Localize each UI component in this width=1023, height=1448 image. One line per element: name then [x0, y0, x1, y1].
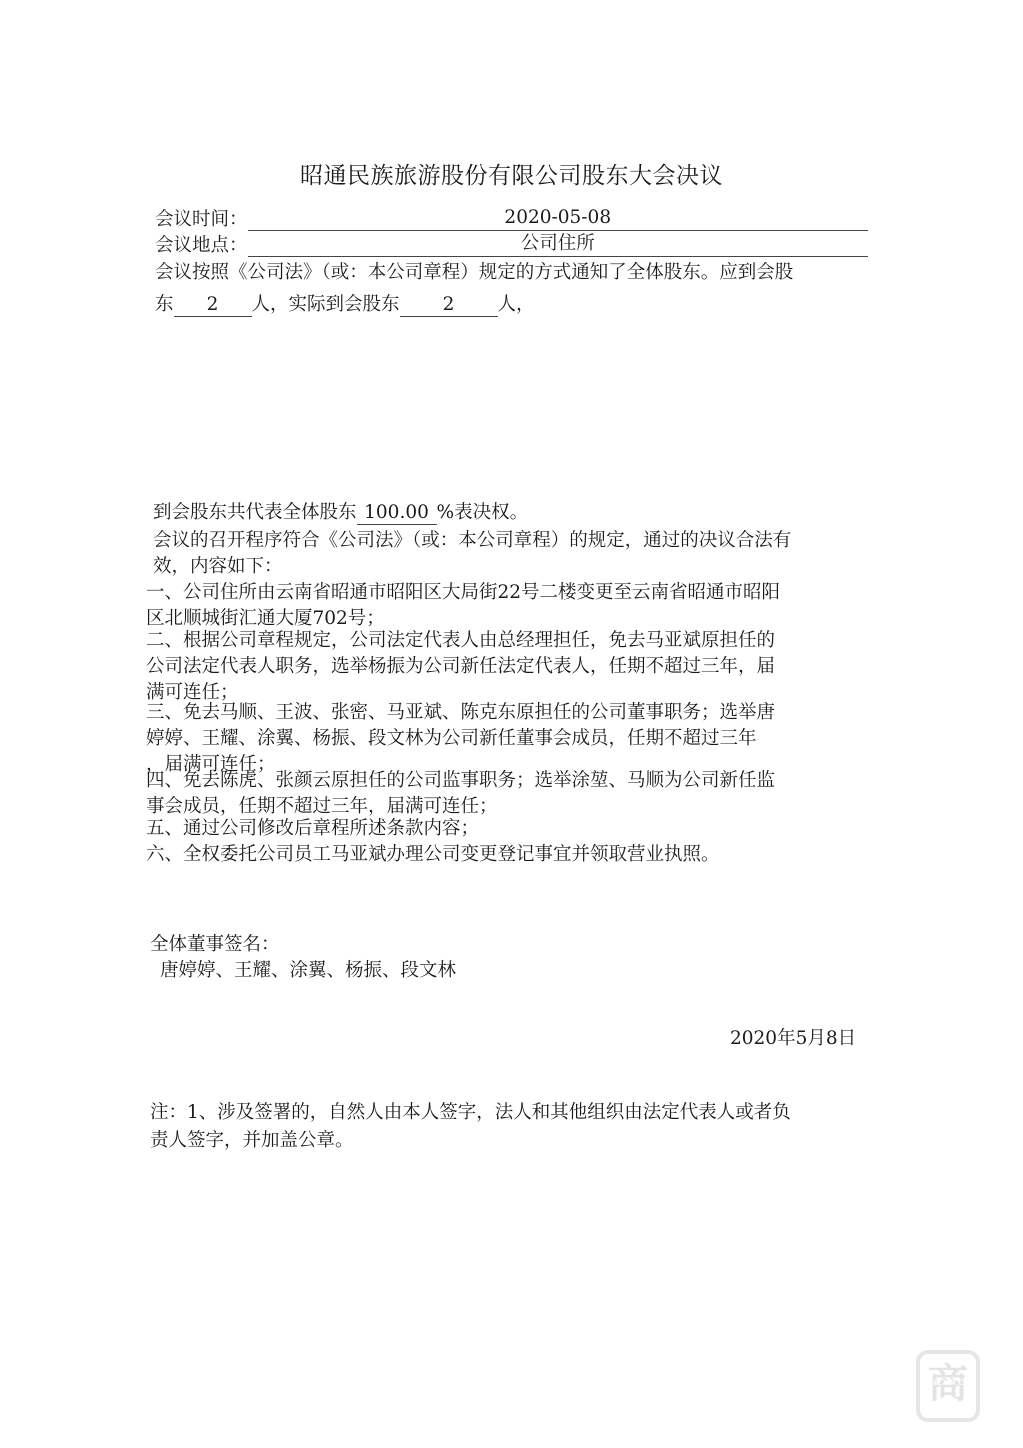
expected-shareholders: 2	[174, 294, 252, 317]
meeting-time-label: 会议时间：	[155, 207, 248, 233]
voting-suffix: %表决权。	[437, 502, 529, 523]
resolution-5: 五、通过公司修改后章程所述条款内容；	[146, 816, 479, 842]
resolution-line: 六、全权委托公司员工马亚斌办理公司变更登记事宜并领取营业执照。	[146, 842, 720, 868]
resolution-4: 四、免去陈虎、张颜云原担任的公司监事职务；选举涂堃、马顺为公司新任监 事会成员，…	[146, 768, 775, 820]
resolution-2: 二、根据公司章程规定，公司法定代表人由总经理担任，免去马亚斌原担任的 公司法定代…	[146, 628, 775, 706]
meeting-time-row: 会议时间： 2020-05-08	[155, 206, 868, 233]
watermark-text: YN21ST.CN	[920, 1378, 976, 1387]
meeting-time-value: 2020-05-08	[248, 206, 868, 231]
resolution-line: 三、免去马顺、王波、张密、马亚斌、陈克东原担任的公司董事职务；选举唐	[146, 700, 775, 726]
resolution-line: 公司法定代表人职务，选举杨振为公司新任法定代表人，任期不超过三年，届	[146, 654, 775, 680]
document-date: 2020年5月8日	[730, 1026, 856, 1052]
legality-line-1: 会议的召开程序符合《公司法》（或：本公司章程）的规定，通过的决议合法有	[153, 528, 791, 554]
meeting-place-row: 会议地点： 公司住所	[155, 232, 868, 259]
document-title: 昭通民族旅游股份有限公司股东大会决议	[0, 160, 1023, 192]
notice-mid: 人，实际到会股东	[252, 294, 400, 315]
resolution-1: 一、公司住所由云南省昭通市昭阳区大局街22号二楼变更至云南省昭通市昭阳 区北顺城…	[146, 580, 780, 632]
note-line-2: 责人签字，并加盖公章。	[150, 1128, 354, 1154]
notice-suffix: 人，	[498, 294, 535, 315]
voting-line: 到会股东共代表全体股东100.00%表决权。	[153, 500, 528, 526]
actual-shareholders: 2	[400, 294, 498, 317]
notice-prefix: 东	[155, 294, 174, 315]
note-line-1: 注：1、涉及签署的，自然人由本人签字，法人和其他组织由法定代表人或者负	[150, 1100, 791, 1126]
notice-line-1: 会议按照《公司法》（或：本公司章程）规定的方式通知了全体股东。应到会股	[155, 260, 793, 286]
meeting-place-label: 会议地点：	[155, 233, 248, 259]
document-page: 昭通民族旅游股份有限公司股东大会决议 会议时间： 2020-05-08 会议地点…	[0, 0, 1023, 1448]
resolution-line: 二、根据公司章程规定，公司法定代表人由总经理担任，免去马亚斌原担任的	[146, 628, 775, 654]
signature-label: 全体董事签名：	[150, 932, 280, 958]
notice-line-2: 东2人，实际到会股东2人，	[155, 292, 535, 318]
resolution-6: 六、全权委托公司员工马亚斌办理公司变更登记事宜并领取营业执照。	[146, 842, 720, 868]
resolution-line: 五、通过公司修改后章程所述条款内容；	[146, 816, 479, 842]
legality-line-2: 效，内容如下：	[153, 554, 283, 580]
resolution-3: 三、免去马顺、王波、张密、马亚斌、陈克东原担任的公司董事职务；选举唐 婷婷、王耀…	[146, 700, 775, 778]
resolution-line: 婷婷、王耀、涂翼、杨振、段文林为公司新任董事会成员，任期不超过三年	[146, 726, 775, 752]
resolution-line: 一、公司住所由云南省昭通市昭阳区大局街22号二楼变更至云南省昭通市昭阳	[146, 580, 780, 606]
voting-percent: 100.00	[357, 502, 437, 525]
meeting-place-value: 公司住所	[248, 232, 868, 257]
resolution-line: 四、免去陈虎、张颜云原担任的公司监事职务；选举涂堃、马顺为公司新任监	[146, 768, 775, 794]
shang-logo-icon: 商 YN21ST.CN	[916, 1350, 980, 1422]
director-signatures: 唐婷婷、王耀、涂翼、杨振、段文林	[160, 958, 456, 984]
voting-prefix: 到会股东共代表全体股东	[153, 502, 357, 523]
